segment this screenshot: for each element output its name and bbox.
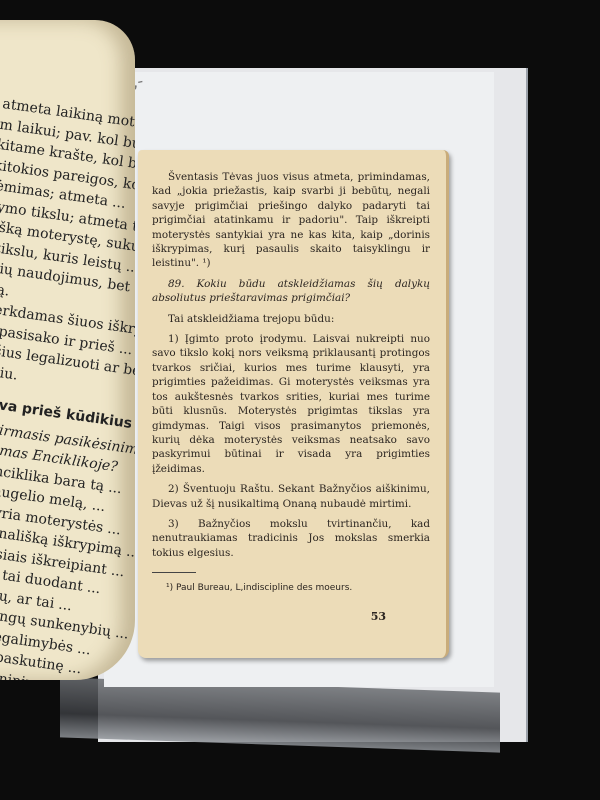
paragraph: 1) Įgimto proto įrodymu. Laisvai nukreip… [152,332,430,476]
paragraph: Šventasis Tėvas juos visus atmeta, primi… [152,170,430,271]
right-page-text: Šventasis Tėvas juos visus atmeta, primi… [152,170,430,624]
paragraph: 3) Bažnyčios mokslu tvirtinančiu, kad ne… [152,517,430,560]
right-page: Šventasis Tėvas juos visus atmeta, primi… [138,150,449,658]
page-number: 53 [152,610,386,624]
question-89: 89. Kokiu būdu atskleidžiamas šių dalykų… [152,277,430,306]
paragraph: 2) Šventuoju Raštu. Sekant Bažnyčios aiš… [152,482,430,511]
left-page: atmeta laikiną moterystę, ... m laikui; … [0,20,135,680]
paragraph: Tai atskleidžiama trejopu būdu: [152,312,430,326]
footnote-rule [152,572,196,573]
footnote: ¹) Paul Bureau, L,indiscipline des moeur… [166,581,430,595]
left-page-text: atmeta laikiną moterystę, ... m laikui; … [0,94,135,680]
